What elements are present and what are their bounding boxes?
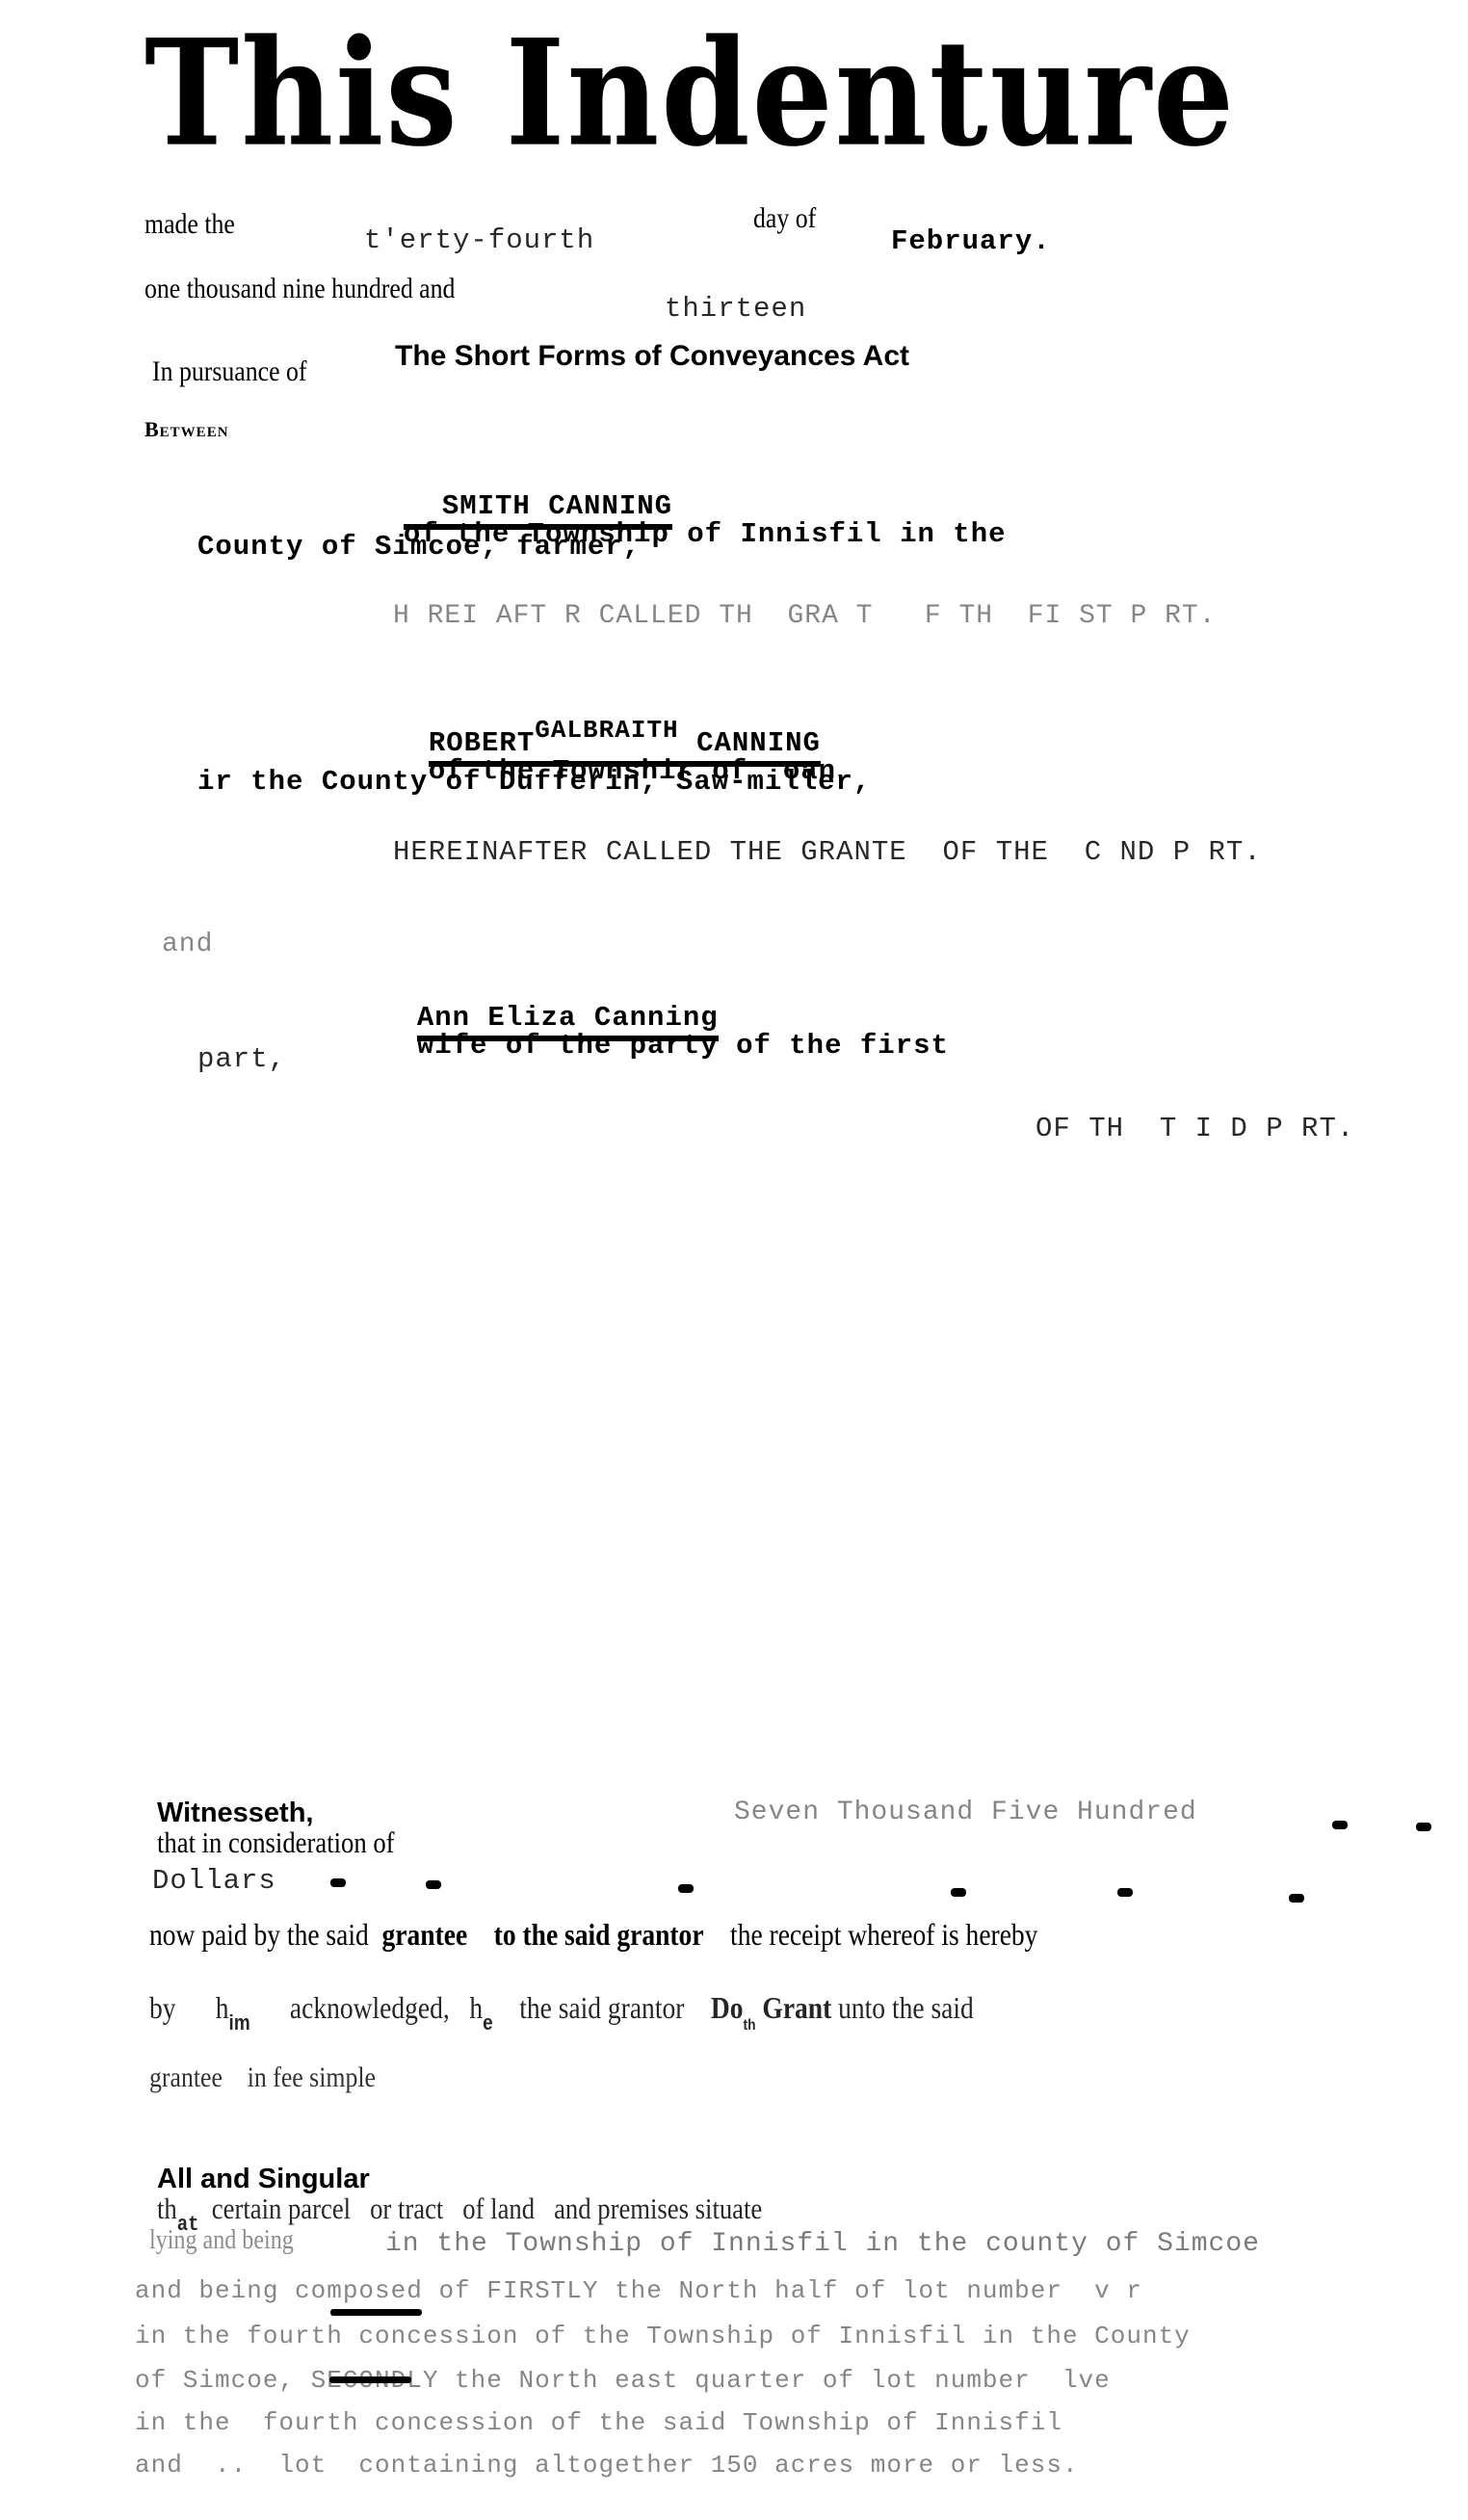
filler-dash	[426, 1880, 441, 1889]
filler-dash	[1289, 1894, 1304, 1903]
paid-grantee: grantee	[382, 1917, 468, 1952]
fee-grantee: grantee	[149, 2061, 223, 2093]
firstly-underline	[330, 2309, 422, 2316]
description-line-4: of Simcoe, SECONDLY the North east quart…	[135, 2368, 1111, 2393]
description-line-5: in the fourth concession of the said Tow…	[135, 2410, 1062, 2435]
made-the-label: made the	[144, 210, 235, 239]
receipt-text: the receipt whereof is hereby	[730, 1917, 1037, 1952]
th-label: th	[157, 2192, 177, 2225]
h-label: h	[216, 1990, 229, 2025]
party-2-line-2: ir the County of Dufferin, Saw-miller,	[197, 768, 871, 796]
filler-dash	[678, 1884, 694, 1893]
description-line-3: in the fourth concession of the Township…	[135, 2323, 1191, 2349]
paid-line-text: now paid by the said	[149, 1917, 369, 1952]
him-typed: im	[229, 2010, 250, 2034]
description-line-2: and being composed of FIRSTLY the North …	[135, 2278, 1142, 2303]
acknowledged-line: by him acknowledged, he the said grantor…	[149, 1992, 974, 2023]
party-3-relation: wife of the party of the first	[417, 1030, 949, 1062]
filler-dash	[1416, 1823, 1431, 1831]
filler-dash	[1332, 1821, 1348, 1829]
all-and-singular-line: All and Singular that certain parcel or …	[149, 2150, 861, 2224]
h-label: h	[469, 1990, 483, 2025]
paid-to-the-said: to the said	[494, 1917, 611, 1952]
witnesseth-line: Witnesseth, that in consideration of	[149, 1784, 433, 1857]
party-2-county: Dufferin,	[499, 766, 659, 798]
grant-label: Grant	[762, 1990, 831, 2025]
by-label: by	[149, 1990, 176, 2025]
day-typed: t'erty-fourth	[364, 226, 594, 254]
witnesseth-label: Witnesseth,	[157, 1798, 314, 1828]
party-2-middle-name: GALBRAITH	[535, 716, 678, 745]
dollars-typed: Dollars	[152, 1867, 276, 1895]
fee-simple-line: grantee in fee simple	[149, 2063, 376, 2092]
description-line-6: and .. lot containing altogether 150 acr…	[135, 2453, 1079, 2478]
lying-and-being-label: lying and being	[149, 2227, 294, 2254]
parcel-description-label: certain parcel or tract of land and prem…	[212, 2192, 762, 2225]
description-line-1: in the Township of Innisfil in the count…	[385, 2231, 1260, 2258]
party-2-county-prefix: ir the County of	[197, 766, 499, 798]
party-1-designation: H REI AFT R CALLED TH GRA T F TH FI ST P…	[393, 603, 1217, 630]
witnesseth-text: that in consideration of	[157, 1827, 395, 1857]
year-typed: thirteen	[665, 295, 806, 323]
fee-simple-label: in fee simple	[248, 2061, 376, 2093]
filler-dash	[330, 1878, 346, 1887]
secondly-underline	[329, 2376, 411, 2383]
document-title: This Indenture	[144, 21, 1236, 168]
doth-typed: th	[744, 2017, 756, 2034]
consideration-amount: Seven Thousand Five Hundred	[734, 1799, 1197, 1826]
between-label: Between	[144, 419, 229, 440]
and-label: and	[162, 932, 213, 958]
do-label: Do	[711, 1990, 744, 2025]
month-typed: February.	[891, 227, 1051, 255]
party-2-occupation: Saw-miller,	[659, 766, 872, 798]
party-1-line-2: County of Simcoe, farmer,	[197, 533, 641, 561]
paid-grantor: grantor	[616, 1917, 703, 1952]
day-of-label: day of	[753, 204, 816, 233]
party-2-designation: HEREINAFTER CALLED THE GRANTE OF THE C N…	[393, 838, 1262, 866]
party-3-line-1: Ann Eliza Canning wife of the party of t…	[381, 976, 949, 1060]
act-name: The Short Forms of Conveyances Act	[395, 342, 909, 371]
pursuance-line: In pursuance of The Short Forms of Conve…	[144, 342, 332, 402]
acknowledged-label: acknowledged,	[290, 1990, 450, 2025]
he-typed: e	[483, 2010, 493, 2034]
parcel-text: that certain parcel or tract of land and…	[157, 2193, 762, 2224]
pursuance-label: In pursuance of	[152, 357, 306, 386]
year-prefix-label: one thousand nine hundred and	[144, 275, 455, 303]
all-and-singular-label: All and Singular	[157, 2164, 370, 2194]
paid-line: now paid by the said grantee to the said…	[149, 1919, 1037, 1950]
filler-dash	[951, 1888, 966, 1897]
filler-dash	[1117, 1888, 1133, 1897]
party-3-line-2: part,	[197, 1045, 286, 1073]
unto-label: unto the said	[838, 1990, 974, 2025]
said-grantor-label: the said grantor	[519, 1990, 684, 2025]
party-3-designation: OF TH T I D P RT.	[1035, 1115, 1354, 1142]
